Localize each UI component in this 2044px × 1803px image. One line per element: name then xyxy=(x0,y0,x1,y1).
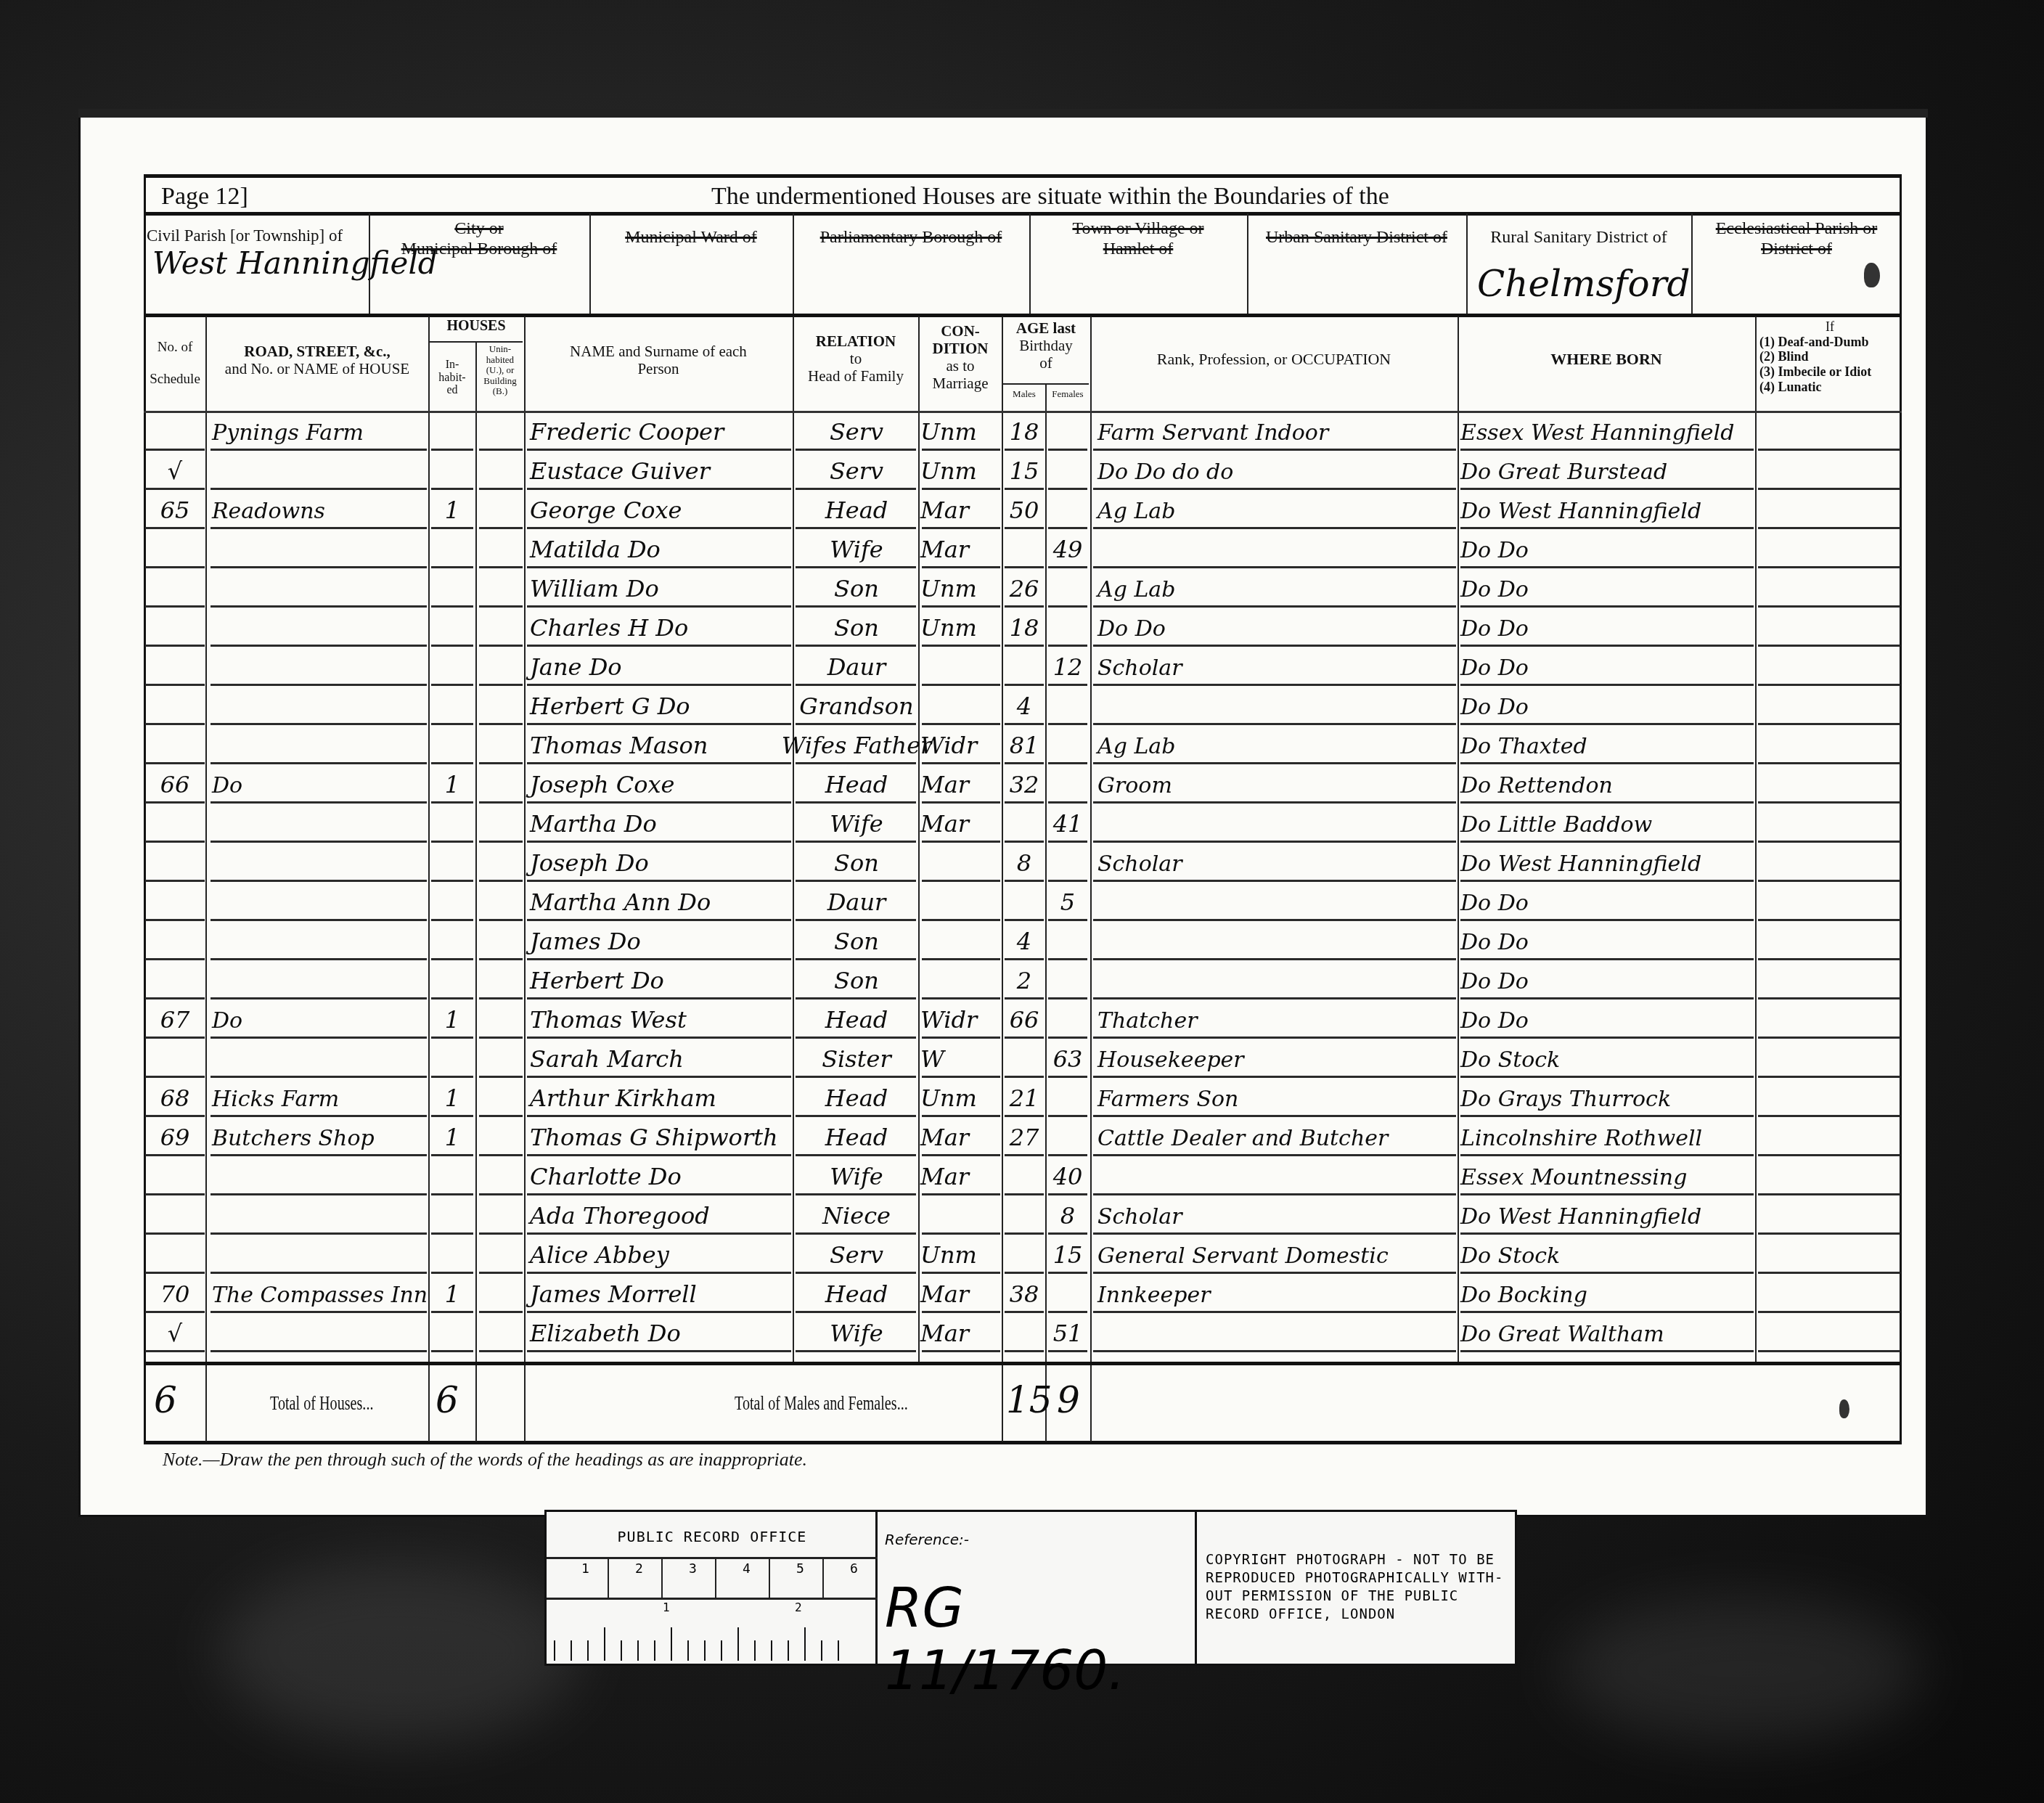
header-line: If xyxy=(1759,319,1900,335)
cell-name: James Do xyxy=(530,920,791,960)
row-rule xyxy=(479,1037,523,1039)
municipal-ward-label: Municipal Ward of xyxy=(591,228,791,248)
cell-road xyxy=(212,881,427,920)
header-line: Person xyxy=(637,360,679,377)
cell-where-born: Do Do xyxy=(1460,568,1754,607)
cell-where-born: Do West Hanningfield xyxy=(1460,1195,1754,1234)
cell-schedule: √ xyxy=(145,450,205,489)
cell-inhabited xyxy=(430,685,475,724)
cell-male-age: 81 xyxy=(1003,724,1045,764)
cell-female-age xyxy=(1047,1077,1089,1116)
header-line: of xyxy=(1039,354,1052,372)
header-line: (2) Blind xyxy=(1759,349,1900,364)
cell-name: Sarah March xyxy=(530,1038,791,1077)
row-rule xyxy=(479,1154,523,1156)
scale-tick xyxy=(621,1640,622,1661)
copyright-line: COPYRIGHT PHOTOGRAPH - NOT TO BE xyxy=(1206,1551,1515,1569)
row-rule xyxy=(1758,1076,1900,1078)
cell-female-age: 15 xyxy=(1047,1234,1089,1273)
row-rule xyxy=(479,997,523,999)
cell-inhabited xyxy=(430,1195,475,1234)
cell-occupation: Ag Lab xyxy=(1097,568,1456,607)
cell-male-age: 32 xyxy=(1003,764,1045,803)
cell-condition xyxy=(920,881,1000,920)
header-line: habit- xyxy=(438,372,465,384)
cell-road: Pynings Farm xyxy=(212,411,427,450)
cell-female-age: 5 xyxy=(1047,881,1089,920)
row-rule xyxy=(479,527,523,529)
rural-sanitary-label: Rural Sanitary District of xyxy=(1468,228,1690,248)
col-header-infirmity: If(1) Deaf-and-Dumb(2) Blind(3) Imbecile… xyxy=(1759,319,1900,394)
cell-inhabited xyxy=(430,960,475,999)
total-females: 9 xyxy=(1057,1379,1080,1421)
cell-male-age: 26 xyxy=(1003,568,1045,607)
header-line: HOUSES xyxy=(446,318,505,334)
label-line: Ecclesiastical Parish or xyxy=(1716,219,1878,238)
row-rule xyxy=(479,566,523,568)
cell-road: Hicks Farm xyxy=(212,1077,427,1116)
cell-condition: Mar xyxy=(920,1273,1000,1312)
cell-name: Elizabeth Do xyxy=(530,1312,791,1352)
row-rule xyxy=(1758,527,1900,529)
cell-road xyxy=(212,646,427,685)
cell-name: Charles H Do xyxy=(530,607,791,646)
cell-relation: Sister xyxy=(796,1038,917,1077)
col-divider xyxy=(205,316,207,1442)
civil-parish-label: Civil Parish [or Township] of xyxy=(147,226,367,245)
cell-where-born: Do Do xyxy=(1460,881,1754,920)
col-header-name: NAME and Surname of eachPerson xyxy=(526,343,791,377)
cell-female-age xyxy=(1047,724,1089,764)
cell-male-age: 4 xyxy=(1003,685,1045,724)
public-record-office-stamp: PUBLIC RECORD OFFICE 123456 12 Reference… xyxy=(544,1510,1517,1666)
cell-schedule xyxy=(145,842,205,881)
cell-female-age xyxy=(1047,411,1089,450)
cell-name: Joseph Do xyxy=(530,842,791,881)
cell-condition: Unm xyxy=(920,411,1000,450)
row-rule xyxy=(1758,1311,1900,1313)
cell-name: Martha Do xyxy=(530,803,791,842)
cell-female-age xyxy=(1047,920,1089,960)
cell-inhabited: 1 xyxy=(430,1077,475,1116)
cell-name: Frederic Cooper xyxy=(530,411,791,450)
row-rule xyxy=(1758,1232,1900,1235)
cell-occupation xyxy=(1097,960,1456,999)
cell-female-age xyxy=(1047,685,1089,724)
scale-tick xyxy=(771,1640,772,1661)
row-rule xyxy=(1758,1350,1900,1352)
cell-name: Martha Ann Do xyxy=(530,881,791,920)
cell-name: Joseph Coxe xyxy=(530,764,791,803)
cell-occupation xyxy=(1097,1156,1456,1195)
cell-schedule xyxy=(145,646,205,685)
header-line: No. of xyxy=(158,340,193,355)
scale-tick xyxy=(687,1640,689,1661)
row-rule xyxy=(1758,919,1900,921)
row-rule xyxy=(1758,449,1900,451)
cell-where-born: Do Stock xyxy=(1460,1038,1754,1077)
cell-road xyxy=(212,1234,427,1273)
col-header-females: Females xyxy=(1047,389,1089,400)
cell-relation: Wife xyxy=(796,1312,917,1352)
label-text: Total of Houses... xyxy=(270,1392,373,1415)
cell-road xyxy=(212,920,427,960)
col-header-schedule: No. ofSchedule xyxy=(145,340,205,388)
col-header-houses: HOUSES xyxy=(430,318,523,335)
cell-male-age: 4 xyxy=(1003,920,1045,960)
copyright-notice: COPYRIGHT PHOTOGRAPH - NOT TO BE REPRODU… xyxy=(1206,1551,1515,1624)
cell-road: Butchers Shop xyxy=(212,1116,427,1156)
cell-road xyxy=(212,450,427,489)
cell-female-age xyxy=(1047,842,1089,881)
cell-schedule xyxy=(145,1156,205,1195)
cell-where-born: Do Do xyxy=(1460,646,1754,685)
col-header-condition: CON-DITIONas toMarriage xyxy=(920,322,1001,393)
row-rule xyxy=(479,1272,523,1274)
cell-relation: Son xyxy=(796,960,917,999)
cell-condition: Mar xyxy=(920,1156,1000,1195)
cell-inhabited xyxy=(430,842,475,881)
cell-inhabited xyxy=(430,1156,475,1195)
row-rule xyxy=(1758,958,1900,960)
ink-blot xyxy=(1864,263,1880,287)
header-line: Unin- xyxy=(489,343,511,354)
cell-name: Alice Abbey xyxy=(530,1234,791,1273)
cell-road xyxy=(212,803,427,842)
divider xyxy=(547,1598,878,1600)
cell-relation: Grandson xyxy=(796,685,917,724)
cell-inhabited xyxy=(430,450,475,489)
cell-relation: Daur xyxy=(796,881,917,920)
cell-where-born: Do West Hanningfield xyxy=(1460,842,1754,881)
row-rule xyxy=(479,449,523,451)
row-rule xyxy=(796,1350,916,1352)
cell-relation: Head xyxy=(796,1077,917,1116)
cell-female-age: 51 xyxy=(1047,1312,1089,1352)
cell-schedule xyxy=(145,803,205,842)
scale-tick xyxy=(654,1640,655,1661)
cell-male-age: 18 xyxy=(1003,411,1045,450)
photo-smudge xyxy=(218,1561,581,1742)
cell-occupation: Housekeeper xyxy=(1097,1038,1456,1077)
col-header-relation: RELATIONtoHead of Family xyxy=(794,332,917,385)
cell-condition: Widr xyxy=(920,999,1000,1038)
scale-tick xyxy=(554,1640,555,1661)
col-divider xyxy=(475,343,477,1442)
cell-condition xyxy=(920,1195,1000,1234)
ecclesiastical-parish-label: Ecclesiastical Parish orDistrict of xyxy=(1693,219,1900,259)
cell-relation: Son xyxy=(796,842,917,881)
cell-inhabited: 1 xyxy=(430,999,475,1038)
row-rule xyxy=(1758,1037,1900,1039)
row-rule xyxy=(1758,605,1900,608)
cell-where-born: Do Do xyxy=(1460,920,1754,960)
cell-occupation: Scholar xyxy=(1097,842,1456,881)
cell-road xyxy=(212,724,427,764)
divider xyxy=(430,341,523,343)
cell-road xyxy=(212,528,427,568)
cell-inhabited xyxy=(430,724,475,764)
cell-male-age xyxy=(1003,1195,1045,1234)
row-rule xyxy=(479,1232,523,1235)
scale-tick xyxy=(721,1640,722,1661)
header-line: (B.) xyxy=(493,385,508,396)
cell-schedule: 66 xyxy=(145,764,205,803)
cell-occupation: Cattle Dealer and Butcher xyxy=(1097,1116,1456,1156)
row-rule xyxy=(479,919,523,921)
cell-where-born: Do Do xyxy=(1460,999,1754,1038)
cell-condition xyxy=(920,646,1000,685)
scale-divider xyxy=(769,1557,770,1598)
row-rule xyxy=(479,1076,523,1078)
header-line: (3) Imbecile or Idiot xyxy=(1759,364,1900,380)
cell-relation: Head xyxy=(796,999,917,1038)
col-header-occupation: Rank, Profession, or OCCUPATION xyxy=(1092,350,1456,368)
cell-occupation: Scholar xyxy=(1097,1195,1456,1234)
cell-condition: Mar xyxy=(920,489,1000,528)
cell-occupation xyxy=(1097,803,1456,842)
cell-where-born: Do Bocking xyxy=(1460,1273,1754,1312)
cell-relation: Wife xyxy=(796,803,917,842)
cell-where-born: Do Great Burstead xyxy=(1460,450,1754,489)
cell-where-born: Do Rettendon xyxy=(1460,764,1754,803)
header-line: AGE last xyxy=(1016,319,1076,337)
cell-condition: Mar xyxy=(920,803,1000,842)
header-line: DITION xyxy=(932,340,988,357)
cell-condition xyxy=(920,685,1000,724)
cell-schedule xyxy=(145,724,205,764)
scale-number: 3 xyxy=(689,1561,698,1577)
cell-occupation: Innkeeper xyxy=(1097,1273,1456,1312)
row-rule xyxy=(1758,723,1900,725)
scale-divider xyxy=(822,1557,824,1598)
cell-condition: Unm xyxy=(920,568,1000,607)
cell-condition: Mar xyxy=(920,528,1000,568)
header-line: ROAD, STREET, &c., xyxy=(244,343,390,360)
scale-tick xyxy=(637,1640,639,1661)
scale-number: 1 xyxy=(663,1600,671,1614)
cell-schedule xyxy=(145,607,205,646)
scale-tick xyxy=(821,1640,822,1661)
row-rule xyxy=(479,1350,523,1352)
scale-tick xyxy=(571,1640,572,1661)
col-header-where-born: WHERE BORN xyxy=(1459,350,1754,368)
scale-number: 5 xyxy=(796,1561,805,1577)
cell-schedule xyxy=(145,920,205,960)
cell-occupation: Ag Lab xyxy=(1097,724,1456,764)
cell-road: Do xyxy=(212,764,427,803)
cell-condition xyxy=(920,960,1000,999)
header-line: as to xyxy=(946,357,974,375)
row-rule xyxy=(1758,880,1900,882)
cell-schedule xyxy=(145,685,205,724)
cell-relation: Head xyxy=(796,764,917,803)
stamp-copyright-section: COPYRIGHT PHOTOGRAPH - NOT TO BE REPRODU… xyxy=(1197,1512,1515,1664)
cell-schedule xyxy=(145,1195,205,1234)
cell-female-age: 8 xyxy=(1047,1195,1089,1234)
cell-inhabited xyxy=(430,803,475,842)
row-rule xyxy=(1758,1193,1900,1195)
row-rule xyxy=(1460,1350,1754,1352)
row-rule xyxy=(1758,566,1900,568)
cell-relation: Head xyxy=(796,1273,917,1312)
cell-occupation xyxy=(1097,685,1456,724)
col-header-uninhabited: Unin-habited(U.), orBuilding(B.) xyxy=(477,344,523,397)
cell-male-age xyxy=(1003,1038,1045,1077)
cell-schedule xyxy=(145,411,205,450)
cell-female-age xyxy=(1047,999,1089,1038)
cell-inhabited: 1 xyxy=(430,489,475,528)
cell-name: William Do xyxy=(530,568,791,607)
row-rule xyxy=(479,645,523,647)
cell-occupation: Do Do xyxy=(1097,607,1456,646)
scale-tick xyxy=(704,1640,706,1661)
cell-where-born: Do West Hanningfield xyxy=(1460,489,1754,528)
header-line: Building xyxy=(483,375,517,386)
reference-label: Reference:- xyxy=(885,1531,969,1548)
cell-female-age xyxy=(1047,568,1089,607)
reference-number: RG 11/1760. xyxy=(885,1577,1195,1702)
cell-where-born: Do Little Baddow xyxy=(1460,803,1754,842)
cell-occupation: Do Do do do xyxy=(1097,450,1456,489)
cell-male-age: 38 xyxy=(1003,1273,1045,1312)
cell-road xyxy=(212,1038,427,1077)
cell-name: Jane Do xyxy=(530,646,791,685)
cell-inhabited xyxy=(430,607,475,646)
cell-female-age xyxy=(1047,489,1089,528)
town-village-label: Town or Village orHamlet of xyxy=(1031,219,1246,259)
cell-where-born: Essex West Hanningfield xyxy=(1460,411,1754,450)
cell-female-age xyxy=(1047,1116,1089,1156)
scale-tick xyxy=(604,1627,605,1661)
cell-male-age xyxy=(1003,646,1045,685)
row-rule xyxy=(145,1350,205,1352)
cell-male-age: 50 xyxy=(1003,489,1045,528)
scale-tick xyxy=(804,1627,806,1661)
label-line: Town or Village or xyxy=(1072,219,1203,238)
label-line: Hamlet of xyxy=(1103,240,1174,258)
cell-condition xyxy=(920,842,1000,881)
scale-divider xyxy=(608,1557,609,1598)
cell-road xyxy=(212,842,427,881)
row-rule xyxy=(1758,801,1900,804)
cell-relation: Daur xyxy=(796,646,917,685)
cell-schedule: √ xyxy=(145,1312,205,1352)
cell-inhabited xyxy=(430,646,475,685)
col-header-age: AGE lastBirthdayof xyxy=(1003,319,1089,372)
cell-inhabited xyxy=(430,1312,475,1352)
cell-name: Thomas G Shipworth xyxy=(530,1116,791,1156)
cell-road xyxy=(212,1195,427,1234)
cell-occupation: Ag Lab xyxy=(1097,489,1456,528)
cell-inhabited xyxy=(430,1038,475,1077)
row-rule xyxy=(1758,645,1900,647)
cell-road: Readowns xyxy=(212,489,427,528)
header-line: CON- xyxy=(941,322,980,340)
cell-male-age: 18 xyxy=(1003,607,1045,646)
scale-tick xyxy=(587,1640,589,1661)
instruction-note: Note.—Draw the pen through such of the w… xyxy=(163,1449,807,1471)
total-houses-label: Total of Houses... xyxy=(270,1392,414,1415)
copyright-line: RECORD OFFICE, LONDON xyxy=(1206,1606,1515,1624)
cell-name: Thomas Mason xyxy=(530,724,791,764)
cell-where-born: Do Great Waltham xyxy=(1460,1312,1754,1352)
cell-female-age: 12 xyxy=(1047,646,1089,685)
cell-male-age: 27 xyxy=(1003,1116,1045,1156)
cell-female-age: 63 xyxy=(1047,1038,1089,1077)
cell-occupation xyxy=(1097,1312,1456,1352)
scale-number: 1 xyxy=(581,1561,590,1577)
cell-occupation: General Servant Domestic xyxy=(1097,1234,1456,1273)
cell-schedule: 70 xyxy=(145,1273,205,1312)
cell-name: George Coxe xyxy=(530,489,791,528)
cell-name: Ada Thoregood xyxy=(530,1195,791,1234)
header-line: (4) Lunatic xyxy=(1759,380,1900,395)
row-rule xyxy=(479,605,523,608)
cell-inhabited xyxy=(430,568,475,607)
row-rule xyxy=(1048,1350,1087,1352)
cell-road: The Compasses Inn xyxy=(212,1273,427,1312)
col-header-males: Males xyxy=(1003,389,1045,400)
ink-blot xyxy=(1839,1399,1849,1418)
label-line: City or xyxy=(454,219,503,238)
urban-sanitary-label: Urban Sanitary District of xyxy=(1248,228,1465,248)
cell-where-born: Do Grays Thurrock xyxy=(1460,1077,1754,1116)
row-rule xyxy=(479,801,523,804)
cell-relation: Wife xyxy=(796,1156,917,1195)
cell-inhabited xyxy=(430,920,475,960)
row-rule xyxy=(479,841,523,843)
cell-relation: Niece xyxy=(796,1195,917,1234)
scale-tick xyxy=(671,1627,672,1661)
cell-schedule xyxy=(145,881,205,920)
cell-condition xyxy=(920,920,1000,960)
city-borough-label: City orMunicipal Borough of xyxy=(370,219,588,259)
cell-relation: Son xyxy=(796,920,917,960)
cell-male-age: 2 xyxy=(1003,960,1045,999)
cell-condition: Mar xyxy=(920,764,1000,803)
copyright-line: OUT PERMISSION OF THE PUBLIC xyxy=(1206,1587,1515,1606)
cell-male-age xyxy=(1003,528,1045,568)
cell-name: James Morrell xyxy=(530,1273,791,1312)
cell-where-born: Do Do xyxy=(1460,685,1754,724)
cell-female-age: 41 xyxy=(1047,803,1089,842)
col-divider xyxy=(1090,316,1092,1442)
cell-female-age xyxy=(1047,607,1089,646)
cell-condition: Widr xyxy=(920,724,1000,764)
page-top-shadow xyxy=(78,109,1928,118)
cell-where-born: Do Do xyxy=(1460,528,1754,568)
col-header-inhabited: In-habit-ed xyxy=(430,359,475,397)
scale-tick xyxy=(737,1627,739,1661)
cell-schedule: 65 xyxy=(145,489,205,528)
row-rule xyxy=(210,1350,427,1352)
cell-road: Do xyxy=(212,999,427,1038)
header-line: NAME and Surname of each xyxy=(570,343,747,360)
scale-tick xyxy=(754,1640,756,1661)
cell-road xyxy=(212,960,427,999)
cell-where-born: Do Do xyxy=(1460,607,1754,646)
header-line: ed xyxy=(446,384,457,396)
cell-schedule xyxy=(145,568,205,607)
header-line: RELATION xyxy=(816,332,896,350)
cell-female-age xyxy=(1047,960,1089,999)
cell-schedule xyxy=(145,1038,205,1077)
cell-inhabited xyxy=(430,1234,475,1273)
cell-condition: Mar xyxy=(920,1116,1000,1156)
cell-relation: Head xyxy=(796,489,917,528)
cell-male-age xyxy=(1003,1312,1045,1352)
